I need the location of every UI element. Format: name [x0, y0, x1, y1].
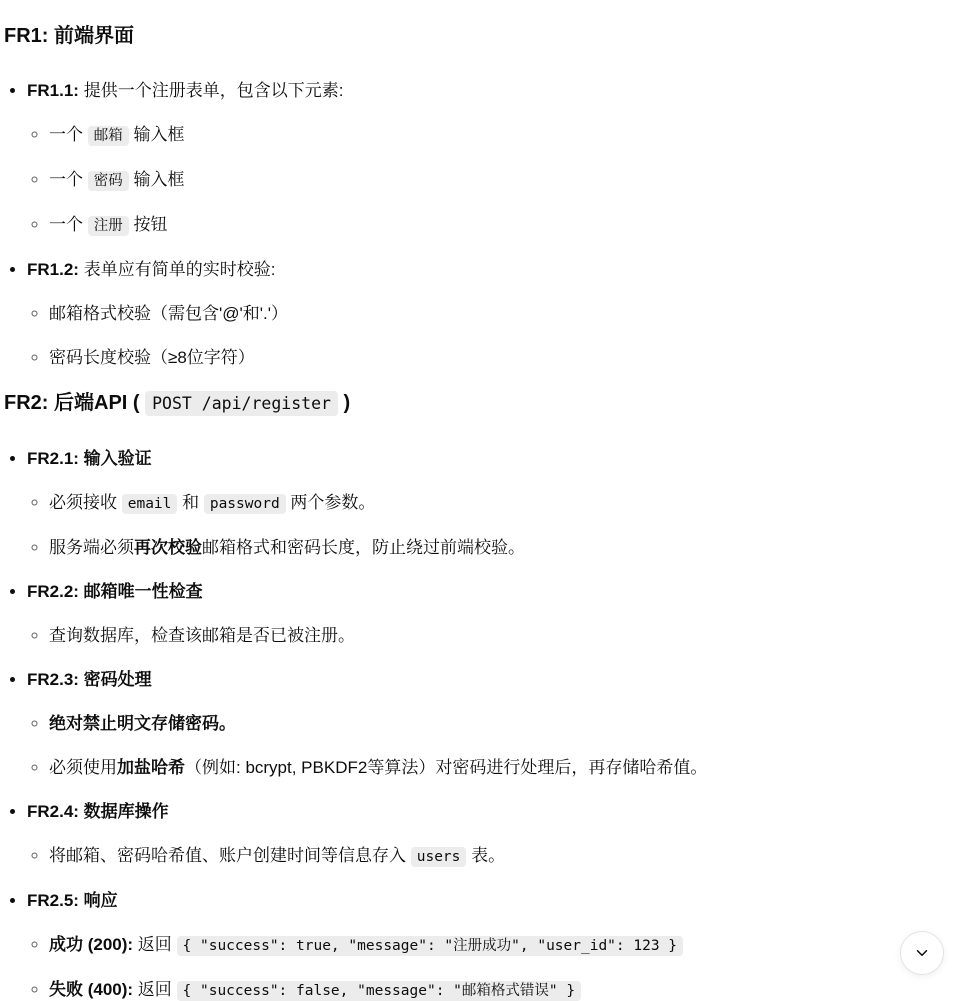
list-item: 必须接收 email 和 password 两个参数。 — [49, 489, 939, 518]
item-bold-text: 成功 (200): — [49, 935, 133, 954]
list-item-fr1-2: FR1.2: 表单应有简单的实时校验: 邮箱格式校验（需包含'@'和'.'） 密… — [27, 256, 939, 372]
inline-code: POST /api/register — [145, 391, 338, 416]
fr2-1-sublist: 必须接收 email 和 password 两个参数。 服务端必须再次校验邮箱格… — [27, 489, 939, 562]
list-item: 服务端必须再次校验邮箱格式和密码长度，防止绕过前端校验。 — [49, 534, 939, 562]
item-label-fr2-5: FR2.5: 响应 — [27, 891, 118, 910]
inline-code: 邮箱 — [88, 126, 129, 146]
list-item: 失败 (400): 返回 { "success": false, "messag… — [49, 976, 939, 1001]
item-text: 将邮箱、密码哈希值、账户创建时间等信息存入 — [49, 846, 411, 865]
chevron-down-icon — [913, 944, 931, 962]
item-text: 查询数据库，检查该邮箱是否已被注册。 — [49, 626, 355, 645]
markdown-document: FR1: 前端界面 FR1.1: 提供一个注册表单，包含以下元素: 一个 邮箱 … — [0, 0, 959, 1001]
item-label-fr1-1: FR1.1: — [27, 81, 79, 100]
list-item: 绝对禁止明文存储密码。 — [49, 710, 939, 738]
list-item: 成功 (200): 返回 { "success": true, "message… — [49, 931, 939, 960]
fr2-5-sublist: 成功 (200): 返回 { "success": true, "message… — [27, 931, 939, 1001]
item-text: 服务端必须 — [49, 538, 134, 557]
fr2-4-sublist: 将邮箱、密码哈希值、账户创建时间等信息存入 users 表。 — [27, 842, 939, 871]
list-item-fr2-1: FR2.1: 输入验证 必须接收 email 和 password 两个参数。 … — [27, 445, 939, 562]
inline-code: 密码 — [88, 171, 129, 191]
item-text: 一个 — [49, 215, 88, 234]
item-label-fr2-4: FR2.4: 数据库操作 — [27, 802, 169, 821]
list-item: 必须使用加盐哈希（例如: bcrypt, PBKDF2等算法）对密码进行处理后，… — [49, 754, 939, 782]
list-item: 一个 邮箱 输入框 — [49, 121, 939, 150]
fr2-list: FR2.1: 输入验证 必须接收 email 和 password 两个参数。 … — [4, 445, 939, 1001]
inline-code: password — [204, 494, 286, 514]
item-text: 和 — [177, 493, 203, 512]
item-text: 密码长度校验（≥8位字符） — [49, 348, 255, 367]
item-text: 输入框 — [129, 125, 185, 144]
list-item-fr2-3: FR2.3: 密码处理 绝对禁止明文存储密码。 必须使用加盐哈希（例如: bcr… — [27, 666, 939, 782]
item-text-fr1-1: 提供一个注册表单，包含以下元素: — [79, 81, 343, 100]
item-text: 按钮 — [129, 215, 168, 234]
list-item: 邮箱格式校验（需包含'@'和'.'） — [49, 300, 939, 328]
fr2-2-sublist: 查询数据库，检查该邮箱是否已被注册。 — [27, 622, 939, 650]
item-label-fr2-2: FR2.2: 邮箱唯一性检查 — [27, 582, 203, 601]
item-text: 返回 — [133, 935, 176, 954]
item-label-fr1-2: FR1.2: — [27, 260, 79, 279]
item-text: 邮箱格式和密码长度，防止绕过前端校验。 — [202, 538, 525, 557]
fr1-1-sublist: 一个 邮箱 输入框 一个 密码 输入框 一个 注册 按钮 — [27, 121, 939, 240]
inline-code: users — [411, 847, 467, 867]
inline-code: 注册 — [88, 216, 129, 236]
list-item: 将邮箱、密码哈希值、账户创建时间等信息存入 users 表。 — [49, 842, 939, 871]
item-text: 输入框 — [129, 170, 185, 189]
item-text: 两个参数。 — [286, 493, 376, 512]
inline-code-json: { "success": true, "message": "注册成功", "u… — [177, 936, 684, 956]
list-item-fr2-5: FR2.5: 响应 成功 (200): 返回 { "success": true… — [27, 887, 939, 1001]
fr2-3-sublist: 绝对禁止明文存储密码。 必须使用加盐哈希（例如: bcrypt, PBKDF2等… — [27, 710, 939, 782]
inline-code-json: { "success": false, "message": "邮箱格式错误" … — [177, 981, 582, 1001]
item-text: 表。 — [466, 846, 505, 865]
heading-text: ) — [338, 392, 350, 414]
list-item-fr2-2: FR2.2: 邮箱唯一性检查 查询数据库，检查该邮箱是否已被注册。 — [27, 578, 939, 650]
item-text: 一个 — [49, 125, 88, 144]
item-text: 一个 — [49, 170, 88, 189]
inline-code: email — [122, 494, 178, 514]
item-text: （例如: bcrypt, PBKDF2等算法）对密码进行处理后，再存储哈希值。 — [185, 758, 707, 777]
item-bold-text: 再次校验 — [134, 538, 202, 557]
fr1-list: FR1.1: 提供一个注册表单，包含以下元素: 一个 邮箱 输入框 一个 密码 … — [4, 77, 939, 372]
item-text: 返回 — [133, 980, 176, 999]
list-item: 密码长度校验（≥8位字符） — [49, 344, 939, 372]
item-bold-text: 绝对禁止明文存储密码。 — [49, 714, 236, 733]
list-item-fr2-4: FR2.4: 数据库操作 将邮箱、密码哈希值、账户创建时间等信息存入 users… — [27, 798, 939, 871]
item-bold-text: 加盐哈希 — [117, 758, 185, 777]
heading-fr2: FR2: 后端API ( POST /api/register ) — [4, 388, 939, 419]
item-text: 必须使用 — [49, 758, 117, 777]
item-text-fr1-2: 表单应有简单的实时校验: — [79, 260, 275, 279]
fr1-2-sublist: 邮箱格式校验（需包含'@'和'.'） 密码长度校验（≥8位字符） — [27, 300, 939, 372]
item-label-fr2-1: FR2.1: 输入验证 — [27, 449, 152, 468]
heading-text: FR2: 后端API ( — [4, 392, 145, 414]
list-item-fr1-1: FR1.1: 提供一个注册表单，包含以下元素: 一个 邮箱 输入框 一个 密码 … — [27, 77, 939, 240]
list-item: 一个 密码 输入框 — [49, 166, 939, 195]
item-label-fr2-3: FR2.3: 密码处理 — [27, 670, 152, 689]
item-text: 邮箱格式校验（需包含'@'和'.'） — [49, 304, 288, 323]
scroll-to-bottom-button[interactable] — [900, 931, 944, 975]
list-item: 一个 注册 按钮 — [49, 211, 939, 240]
list-item: 查询数据库，检查该邮箱是否已被注册。 — [49, 622, 939, 650]
item-text: 必须接收 — [49, 493, 122, 512]
item-bold-text: 失败 (400): — [49, 980, 133, 999]
heading-fr1: FR1: 前端界面 — [4, 21, 939, 51]
